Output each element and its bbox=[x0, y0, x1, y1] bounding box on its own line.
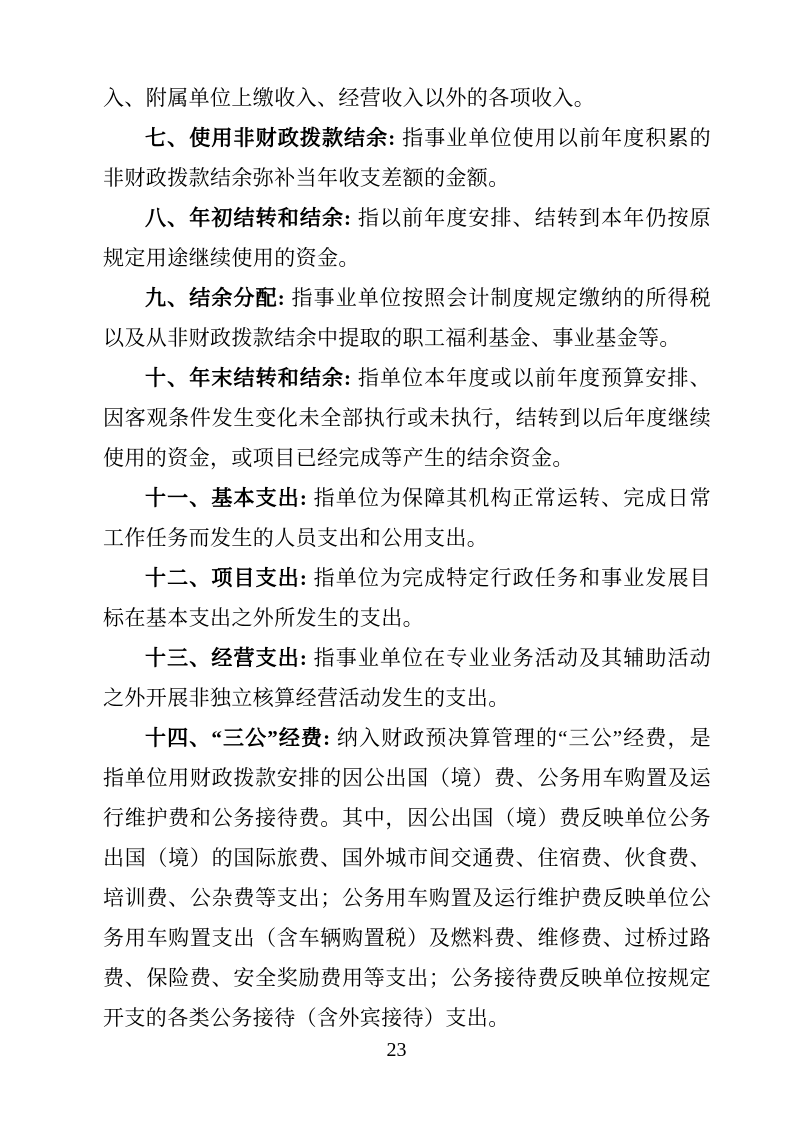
definition-paragraph-9: 九、结余分配: 指事业单位按照会计制度规定缴纳的所得税以及从非财政拨款结余中提取… bbox=[103, 278, 711, 358]
document-page: 入、附属单位上缴收入、经营收入以外的各项收入。 七、使用非财政拨款结余: 指事业… bbox=[0, 0, 793, 1122]
page-number: 23 bbox=[0, 1036, 793, 1064]
document-body: 入、附属单位上缴收入、经营收入以外的各项收入。 七、使用非财政拨款结余: 指事业… bbox=[103, 78, 711, 1038]
term-label: 九、结余分配: bbox=[145, 286, 285, 310]
term-label: 十、年末结转和结余: bbox=[145, 366, 351, 390]
paragraph-continuation: 入、附属单位上缴收入、经营收入以外的各项收入。 bbox=[103, 78, 711, 118]
definition-paragraph-14: 十四、“三公”经费: 纳入财政预决算管理的“三公”经费，是指单位用财政拨款安排的… bbox=[103, 718, 711, 1038]
term-definition: 纳入财政预决算管理的“三公”经费，是指单位用财政拨款安排的因公出国（境）费、公务… bbox=[103, 726, 711, 1030]
term-label: 十二、项目支出: bbox=[145, 566, 307, 590]
definition-paragraph-10: 十、年末结转和结余: 指单位本年度或以前年度预算安排、因客观条件发生变化未全部执… bbox=[103, 358, 711, 478]
definition-paragraph-12: 十二、项目支出: 指单位为完成特定行政任务和事业发展目标在基本支出之外所发生的支… bbox=[103, 558, 711, 638]
term-label: 十三、经营支出: bbox=[145, 646, 307, 670]
term-label: 七、使用非财政拨款结余: bbox=[145, 126, 396, 150]
definition-paragraph-11: 十一、基本支出: 指单位为保障其机构正常运转、完成日常工作任务而发生的人员支出和… bbox=[103, 478, 711, 558]
definition-paragraph-13: 十三、经营支出: 指事业单位在专业业务活动及其辅助活动之外开展非独立核算经营活动… bbox=[103, 638, 711, 718]
term-label: 十四、“三公”经费: bbox=[145, 726, 331, 750]
term-label: 十一、基本支出: bbox=[145, 486, 307, 510]
definition-paragraph-8: 八、年初结转和结余: 指以前年度安排、结转到本年仍按原规定用途继续使用的资金。 bbox=[103, 198, 711, 278]
definition-paragraph-7: 七、使用非财政拨款结余: 指事业单位使用以前年度积累的非财政拨款结余弥补当年收支… bbox=[103, 118, 711, 198]
term-label: 八、年初结转和结余: bbox=[145, 206, 351, 230]
